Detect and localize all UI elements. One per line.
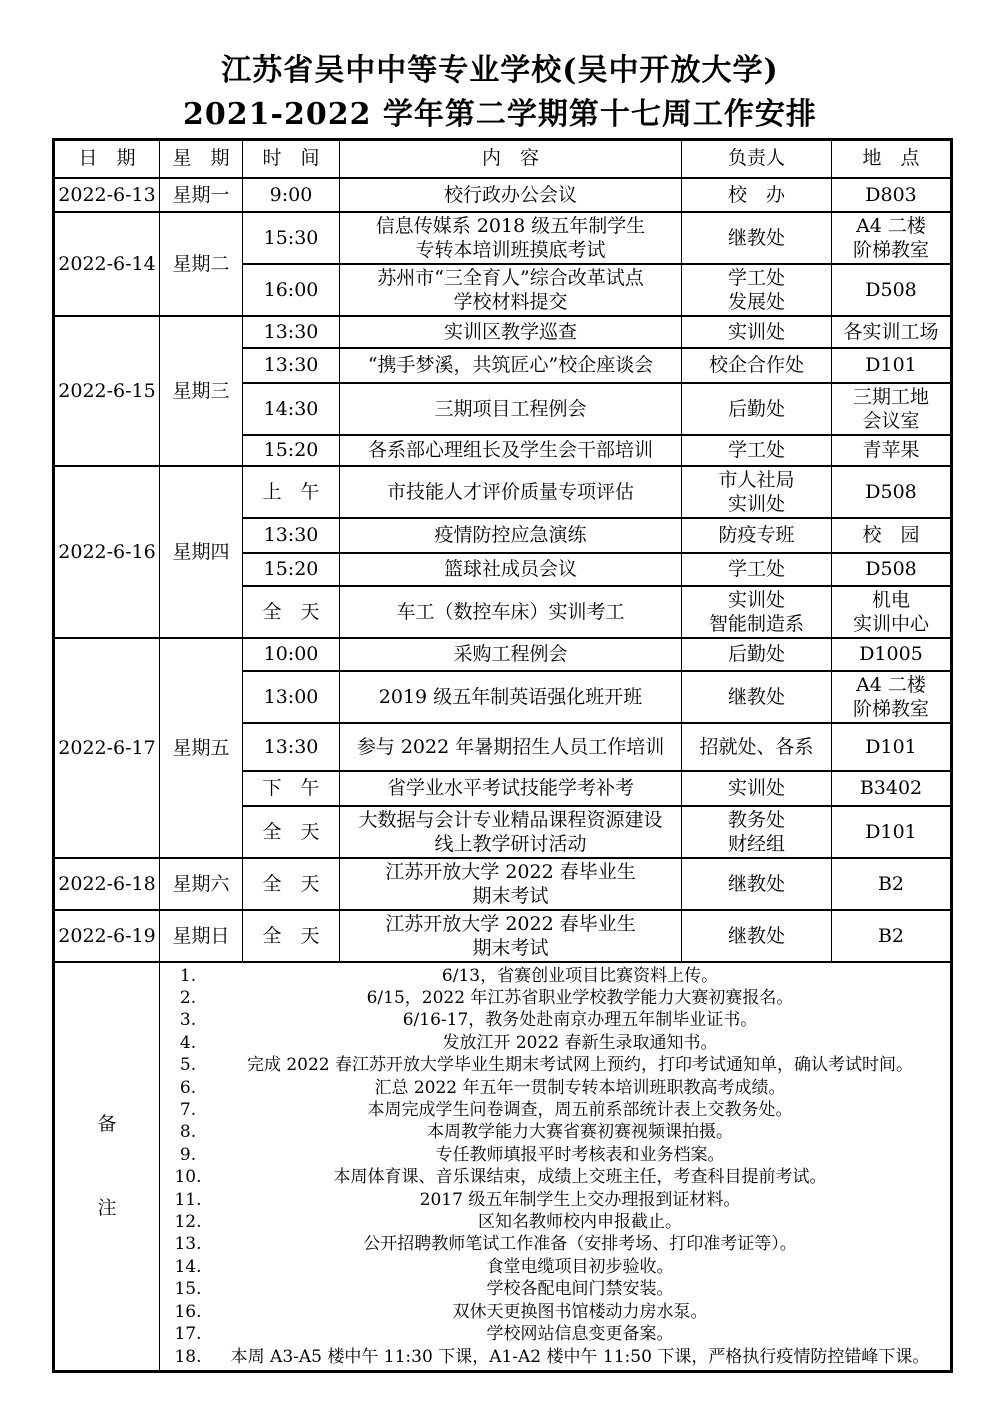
note-item: 17.学校网站信息变更备案。 xyxy=(163,1323,947,1345)
week-cell: 星期六 xyxy=(160,858,243,910)
owner-cell: 校企合作处 xyxy=(682,348,832,383)
owner-cell: 学工处 xyxy=(682,435,832,466)
owner-cell-line: 实训处 xyxy=(685,776,828,800)
table-row: 2022-6-17星期五10:00采购工程例会后勤处D1005 xyxy=(54,638,952,671)
content-cell-line: 期末考试 xyxy=(343,936,678,960)
owner-cell-line: 校 办 xyxy=(685,183,828,207)
note-item: 14.食堂电缆项目初步验收。 xyxy=(163,1256,947,1278)
note-number: 10. xyxy=(163,1166,213,1188)
owner-cell-line: 财经组 xyxy=(685,832,828,856)
content-cell-line: 信息传媒系 2018 级五年制学生 xyxy=(343,214,678,238)
owner-cell: 继教处 xyxy=(682,910,832,962)
table-row: 2022-6-14星期二15:30信息传媒系 2018 级五年制学生专转本培训班… xyxy=(54,212,952,264)
owner-cell-line: 实训处 xyxy=(685,320,828,344)
content-cell-line: 市技能人才评价质量专项评估 xyxy=(343,480,678,504)
time-cell: 全 天 xyxy=(243,806,340,858)
place-cell: D1005 xyxy=(832,638,952,671)
note-number: 14. xyxy=(163,1256,213,1278)
date-cell: 2022-6-16 xyxy=(54,466,160,638)
content-cell-line: 江苏开放大学 2022 春毕业生 xyxy=(343,860,678,884)
owner-cell: 继教处 xyxy=(682,858,832,910)
content-cell-line: 参与 2022 年暑期招生人员工作培训 xyxy=(343,735,678,759)
content-cell: “携手梦溪，共筑匠心”校企座谈会 xyxy=(340,348,682,383)
owner-cell: 学工处 xyxy=(682,553,832,586)
owner-cell: 后勤处 xyxy=(682,383,832,435)
note-text: 6/15，2022 年江苏省职业学校教学能力大赛初赛报名。 xyxy=(213,987,947,1009)
date-cell: 2022-6-13 xyxy=(54,178,160,212)
place-cell-line: D101 xyxy=(835,820,947,844)
owner-cell-line: 教务处 xyxy=(685,808,828,832)
content-cell-line: 2019 级五年制英语强化班开班 xyxy=(343,685,678,709)
content-cell-line: 实训区教学巡查 xyxy=(343,320,678,344)
time-cell-line: 10:00 xyxy=(246,642,336,666)
content-cell: 实训区教学巡查 xyxy=(340,316,682,348)
note-text: 本周完成学生问卷调查，周五前系部统计表上交教务处。 xyxy=(213,1099,947,1121)
table-header-row: 日 期 星 期 时 间 内 容 负责人 地 点 xyxy=(54,140,952,178)
place-cell-line: D101 xyxy=(835,735,947,759)
content-cell-line: 期末考试 xyxy=(343,884,678,908)
note-number: 11. xyxy=(163,1189,213,1211)
time-cell: 15:30 xyxy=(243,212,340,264)
time-cell: 15:20 xyxy=(243,553,340,586)
date-cell: 2022-6-14 xyxy=(54,212,160,316)
place-cell-line: A4 二楼 xyxy=(835,214,947,238)
owner-cell-line: 继教处 xyxy=(685,226,828,250)
time-cell-line: 13:00 xyxy=(246,685,336,709)
note-item: 16.双休天更换图书馆楼动力房水泵。 xyxy=(163,1301,947,1323)
time-cell: 全 天 xyxy=(243,586,340,638)
date-cell: 2022-6-15 xyxy=(54,316,160,466)
place-cell-line: 机电 xyxy=(835,588,947,612)
place-cell-line: A4 二楼 xyxy=(835,673,947,697)
notes-cell: 1.6/13，省赛创业项目比赛资料上传。2.6/15，2022 年江苏省职业学校… xyxy=(160,962,952,1372)
owner-cell: 实训处智能制造系 xyxy=(682,586,832,638)
date-cell-line: 2022-6-13 xyxy=(58,183,156,207)
document-page: 江苏省吴中中等专业学校(吴中开放大学) 2021-2022 学年第二学期第十七周… xyxy=(0,0,1000,1414)
note-number: 3. xyxy=(163,1009,213,1031)
time-cell: 15:20 xyxy=(243,435,340,466)
week-cell-line: 星期五 xyxy=(163,736,239,760)
place-cell: 校 园 xyxy=(832,518,952,553)
content-cell-line: 采购工程例会 xyxy=(343,642,678,666)
content-cell-line: 大数据与会计专业精品课程资源建设 xyxy=(343,808,678,832)
time-cell-line: 全 天 xyxy=(246,600,336,624)
owner-cell: 学工处发展处 xyxy=(682,264,832,316)
owner-cell-line: 继教处 xyxy=(685,685,828,709)
time-cell: 13:30 xyxy=(243,518,340,553)
content-cell: 信息传媒系 2018 级五年制学生专转本培训班摸底考试 xyxy=(340,212,682,264)
notes-label-cell: 备注 xyxy=(54,962,160,1372)
note-text: 食堂电缆项目初步验收。 xyxy=(213,1256,947,1278)
place-cell-line: 阶梯教室 xyxy=(835,238,947,262)
note-item: 8.本周教学能力大赛省赛初赛视频课拍摄。 xyxy=(163,1121,947,1143)
week-cell-line: 星期六 xyxy=(163,872,239,896)
content-cell-line: 疫情防控应急演练 xyxy=(343,523,678,547)
note-item: 11.2017 级五年制学生上交办理报到证材料。 xyxy=(163,1189,947,1211)
note-text: 6/13，省赛创业项目比赛资料上传。 xyxy=(213,965,947,987)
date-cell-line: 2022-6-19 xyxy=(58,924,156,948)
date-cell-line: 2022-6-15 xyxy=(58,379,156,403)
owner-cell-line: 校企合作处 xyxy=(685,353,828,377)
owner-cell-line: 实训处 xyxy=(685,492,828,516)
table-row: 2022-6-15星期三13:30实训区教学巡查实训处各实训工场 xyxy=(54,316,952,348)
place-cell-line: 校 园 xyxy=(835,523,947,547)
week-cell: 星期二 xyxy=(160,212,243,316)
owner-cell-line: 学工处 xyxy=(685,557,828,581)
time-cell: 13:30 xyxy=(243,723,340,771)
content-cell: 大数据与会计专业精品课程资源建设线上教学研讨活动 xyxy=(340,806,682,858)
note-item: 7.本周完成学生问卷调查，周五前系部统计表上交教务处。 xyxy=(163,1099,947,1121)
place-cell: D101 xyxy=(832,723,952,771)
content-cell: 省学业水平考试技能学考补考 xyxy=(340,771,682,806)
time-cell-line: 全 天 xyxy=(246,820,336,844)
note-text: 双休天更换图书馆楼动力房水泵。 xyxy=(213,1301,947,1323)
content-cell-line: 学校材料提交 xyxy=(343,290,678,314)
content-cell-line: 苏州市“三全育人”综合改革试点 xyxy=(343,266,678,290)
owner-cell-line: 发展处 xyxy=(685,290,828,314)
owner-cell-line: 防疫专班 xyxy=(685,523,828,547)
note-number: 13. xyxy=(163,1233,213,1255)
owner-cell: 实训处 xyxy=(682,771,832,806)
content-cell: 2019 级五年制英语强化班开班 xyxy=(340,671,682,723)
place-cell: D803 xyxy=(832,178,952,212)
place-cell-line: B2 xyxy=(835,872,947,896)
owner-cell: 防疫专班 xyxy=(682,518,832,553)
content-cell: 采购工程例会 xyxy=(340,638,682,671)
note-number: 15. xyxy=(163,1278,213,1300)
time-cell-line: 下 午 xyxy=(246,776,336,800)
note-number: 4. xyxy=(163,1032,213,1054)
notes-label-char: 备 xyxy=(97,1112,116,1137)
place-cell: B2 xyxy=(832,858,952,910)
owner-cell-line: 后勤处 xyxy=(685,397,828,421)
place-cell: B2 xyxy=(832,910,952,962)
date-cell: 2022-6-18 xyxy=(54,858,160,910)
place-cell: 各实训工场 xyxy=(832,316,952,348)
note-number: 18. xyxy=(163,1346,213,1368)
place-cell-line: 实训中心 xyxy=(835,612,947,636)
place-cell-line: B2 xyxy=(835,924,947,948)
note-text: 本周 A3-A5 楼中午 11:30 下课，A1-A2 楼中午 11:50 下课… xyxy=(213,1346,947,1368)
owner-cell-line: 学工处 xyxy=(685,438,828,462)
content-cell: 篮球社成员会议 xyxy=(340,553,682,586)
note-item: 4.发放江开 2022 春新生录取通知书。 xyxy=(163,1032,947,1054)
note-item: 18.本周 A3-A5 楼中午 11:30 下课，A1-A2 楼中午 11:50… xyxy=(163,1346,947,1368)
content-cell-line: 线上教学研讨活动 xyxy=(343,832,678,856)
note-number: 5. xyxy=(163,1054,213,1076)
note-text: 汇总 2022 年五年一贯制专转本培训班职教高考成绩。 xyxy=(213,1077,947,1099)
week-cell-line: 星期三 xyxy=(163,379,239,403)
owner-cell: 招就处、各系 xyxy=(682,723,832,771)
notes-list: 1.6/13，省赛创业项目比赛资料上传。2.6/15，2022 年江苏省职业学校… xyxy=(163,965,947,1368)
document-header: 江苏省吴中中等专业学校(吴中开放大学) 2021-2022 学年第二学期第十七周… xyxy=(0,50,1000,138)
time-cell-line: 14:30 xyxy=(246,397,336,421)
note-text: 本周教学能力大赛省赛初赛视频课拍摄。 xyxy=(213,1121,947,1143)
content-cell: 车工（数控车床）实训考工 xyxy=(340,586,682,638)
note-item: 9.专任教师填报平时考核表和业务档案。 xyxy=(163,1144,947,1166)
time-cell-line: 15:20 xyxy=(246,438,336,462)
header-cell-date: 日 期 xyxy=(54,140,160,178)
note-text: 公开招聘教师笔试工作准备（安排考场、打印准考证等）。 xyxy=(213,1233,947,1255)
date-cell-line: 2022-6-14 xyxy=(58,252,156,276)
owner-cell: 校 办 xyxy=(682,178,832,212)
date-cell: 2022-6-17 xyxy=(54,638,160,858)
time-cell-line: 上 午 xyxy=(246,480,336,504)
place-cell: D508 xyxy=(832,553,952,586)
time-cell: 上 午 xyxy=(243,466,340,518)
content-cell-line: 各系部心理组长及学生会干部培训 xyxy=(343,438,678,462)
place-cell: A4 二楼阶梯教室 xyxy=(832,212,952,264)
place-cell: B3402 xyxy=(832,771,952,806)
note-item: 13.公开招聘教师笔试工作准备（安排考场、打印准考证等）。 xyxy=(163,1233,947,1255)
owner-cell: 继教处 xyxy=(682,212,832,264)
owner-cell-line: 继教处 xyxy=(685,924,828,948)
note-number: 9. xyxy=(163,1144,213,1166)
time-cell-line: 全 天 xyxy=(246,872,336,896)
header-cell-content: 内 容 xyxy=(340,140,682,178)
note-item: 3.6/16-17，教务处赴南京办理五年制毕业证书。 xyxy=(163,1009,947,1031)
schedule-table-body: 日 期 星 期 时 间 内 容 负责人 地 点 2022-6-13星期一9:00… xyxy=(54,140,952,1372)
notes-label: 备注 xyxy=(58,1112,156,1221)
owner-cell-line: 后勤处 xyxy=(685,642,828,666)
time-cell-line: 13:30 xyxy=(246,320,336,344)
place-cell: 青苹果 xyxy=(832,435,952,466)
table-row: 2022-6-19星期日全 天江苏开放大学 2022 春毕业生期末考试继教处B2 xyxy=(54,910,952,962)
header-cell-owner: 负责人 xyxy=(682,140,832,178)
place-cell: D101 xyxy=(832,806,952,858)
time-cell-line: 13:30 xyxy=(246,353,336,377)
content-cell-line: 省学业水平考试技能学考补考 xyxy=(343,776,678,800)
note-number: 1. xyxy=(163,965,213,987)
content-cell-line: 篮球社成员会议 xyxy=(343,557,678,581)
note-text: 专任教师填报平时考核表和业务档案。 xyxy=(213,1144,947,1166)
date-cell: 2022-6-19 xyxy=(54,910,160,962)
date-cell-line: 2022-6-16 xyxy=(58,540,156,564)
owner-cell-line: 实训处 xyxy=(685,588,828,612)
week-cell-line: 星期一 xyxy=(163,183,239,207)
place-cell-line: D101 xyxy=(835,353,947,377)
note-text: 6/16-17，教务处赴南京办理五年制毕业证书。 xyxy=(213,1009,947,1031)
owner-cell: 市人社局实训处 xyxy=(682,466,832,518)
week-cell: 星期日 xyxy=(160,910,243,962)
note-item: 5.完成 2022 春江苏开放大学毕业生期末考试网上预约，打印考试通知单，确认考… xyxy=(163,1054,947,1076)
place-cell-line: B3402 xyxy=(835,776,947,800)
schedule-table: 日 期 星 期 时 间 内 容 负责人 地 点 2022-6-13星期一9:00… xyxy=(52,138,953,1373)
place-cell-line: D1005 xyxy=(835,642,947,666)
content-cell: 三期项目工程例会 xyxy=(340,383,682,435)
content-cell-line: 三期项目工程例会 xyxy=(343,397,678,421)
note-number: 8. xyxy=(163,1121,213,1143)
header-cell-time: 时 间 xyxy=(243,140,340,178)
owner-cell-line: 市人社局 xyxy=(685,468,828,492)
content-cell: 江苏开放大学 2022 春毕业生期末考试 xyxy=(340,858,682,910)
note-number: 7. xyxy=(163,1099,213,1121)
content-cell-line: 江苏开放大学 2022 春毕业生 xyxy=(343,912,678,936)
note-text: 区知名教师校内申报截止。 xyxy=(213,1211,947,1233)
content-cell-line: 校行政办公会议 xyxy=(343,183,678,207)
notes-row: 备注1.6/13，省赛创业项目比赛资料上传。2.6/15，2022 年江苏省职业… xyxy=(54,962,952,1372)
time-cell: 13:30 xyxy=(243,316,340,348)
document-title: 江苏省吴中中等专业学校(吴中开放大学) xyxy=(0,50,1000,92)
content-cell: 参与 2022 年暑期招生人员工作培训 xyxy=(340,723,682,771)
note-number: 16. xyxy=(163,1301,213,1323)
table-row: 2022-6-13星期一9:00校行政办公会议校 办D803 xyxy=(54,178,952,212)
notes-label-char: 注 xyxy=(97,1196,116,1221)
note-number: 2. xyxy=(163,987,213,1009)
time-cell-line: 全 天 xyxy=(246,924,336,948)
note-number: 6. xyxy=(163,1077,213,1099)
note-text: 发放江开 2022 春新生录取通知书。 xyxy=(213,1032,947,1054)
week-cell: 星期五 xyxy=(160,638,243,858)
owner-cell-line: 智能制造系 xyxy=(685,612,828,636)
note-text: 2017 级五年制学生上交办理报到证材料。 xyxy=(213,1189,947,1211)
place-cell-line: 会议室 xyxy=(835,409,947,433)
time-cell-line: 15:20 xyxy=(246,557,336,581)
week-cell: 星期四 xyxy=(160,466,243,638)
header-cell-week: 星 期 xyxy=(160,140,243,178)
week-cell: 星期三 xyxy=(160,316,243,466)
note-item: 6.汇总 2022 年五年一贯制专转本培训班职教高考成绩。 xyxy=(163,1077,947,1099)
note-item: 10.本周体育课、音乐课结束，成绩上交班主任，考查科目提前考试。 xyxy=(163,1166,947,1188)
time-cell: 16:00 xyxy=(243,264,340,316)
place-cell-line: D508 xyxy=(835,480,947,504)
place-cell-line: D508 xyxy=(835,557,947,581)
week-cell-line: 星期二 xyxy=(163,252,239,276)
note-text: 完成 2022 春江苏开放大学毕业生期末考试网上预约，打印考试通知单，确认考试时… xyxy=(213,1054,947,1076)
content-cell-line: 专转本培训班摸底考试 xyxy=(343,238,678,262)
time-cell: 下 午 xyxy=(243,771,340,806)
time-cell: 全 天 xyxy=(243,910,340,962)
content-cell: 各系部心理组长及学生会干部培训 xyxy=(340,435,682,466)
place-cell: 三期工地会议室 xyxy=(832,383,952,435)
content-cell: 江苏开放大学 2022 春毕业生期末考试 xyxy=(340,910,682,962)
content-cell: 疫情防控应急演练 xyxy=(340,518,682,553)
date-cell-line: 2022-6-18 xyxy=(58,872,156,896)
time-cell: 13:00 xyxy=(243,671,340,723)
owner-cell: 后勤处 xyxy=(682,638,832,671)
header-cell-place: 地 点 xyxy=(832,140,952,178)
note-item: 15.学校各配电间门禁安装。 xyxy=(163,1278,947,1300)
time-cell: 全 天 xyxy=(243,858,340,910)
content-cell: 市技能人才评价质量专项评估 xyxy=(340,466,682,518)
time-cell: 9:00 xyxy=(243,178,340,212)
week-cell: 星期一 xyxy=(160,178,243,212)
table-row: 2022-6-16星期四上 午市技能人才评价质量专项评估市人社局实训处D508 xyxy=(54,466,952,518)
content-cell: 校行政办公会议 xyxy=(340,178,682,212)
place-cell-line: 阶梯教室 xyxy=(835,697,947,721)
place-cell-line: D508 xyxy=(835,278,947,302)
place-cell-line: 三期工地 xyxy=(835,385,947,409)
time-cell-line: 15:30 xyxy=(246,226,336,250)
content-cell: 苏州市“三全育人”综合改革试点学校材料提交 xyxy=(340,264,682,316)
place-cell: D508 xyxy=(832,264,952,316)
owner-cell-line: 招就处、各系 xyxy=(685,735,828,759)
place-cell: A4 二楼阶梯教室 xyxy=(832,671,952,723)
place-cell: 机电实训中心 xyxy=(832,586,952,638)
place-cell-line: 各实训工场 xyxy=(835,320,947,344)
date-cell-line: 2022-6-17 xyxy=(58,736,156,760)
document-subtitle: 2021-2022 学年第二学期第十七周工作安排 xyxy=(0,92,1000,138)
week-cell-line: 星期日 xyxy=(163,924,239,948)
note-item: 1.6/13，省赛创业项目比赛资料上传。 xyxy=(163,965,947,987)
owner-cell: 继教处 xyxy=(682,671,832,723)
time-cell-line: 16:00 xyxy=(246,278,336,302)
note-number: 17. xyxy=(163,1323,213,1345)
time-cell-line: 9:00 xyxy=(246,183,336,207)
note-text: 本周体育课、音乐课结束，成绩上交班主任，考查科目提前考试。 xyxy=(213,1166,947,1188)
time-cell: 10:00 xyxy=(243,638,340,671)
owner-cell-line: 继教处 xyxy=(685,872,828,896)
place-cell-line: D803 xyxy=(835,183,947,207)
note-number: 12. xyxy=(163,1211,213,1233)
time-cell: 13:30 xyxy=(243,348,340,383)
owner-cell: 教务处财经组 xyxy=(682,806,832,858)
content-cell-line: 车工（数控车床）实训考工 xyxy=(343,600,678,624)
content-cell-line: “携手梦溪，共筑匠心”校企座谈会 xyxy=(343,353,678,377)
time-cell-line: 13:30 xyxy=(246,735,336,759)
note-text: 学校网站信息变更备案。 xyxy=(213,1323,947,1345)
week-cell-line: 星期四 xyxy=(163,540,239,564)
note-text: 学校各配电间门禁安装。 xyxy=(213,1278,947,1300)
time-cell-line: 13:30 xyxy=(246,523,336,547)
owner-cell-line: 学工处 xyxy=(685,266,828,290)
note-item: 2.6/15，2022 年江苏省职业学校教学能力大赛初赛报名。 xyxy=(163,987,947,1009)
time-cell: 14:30 xyxy=(243,383,340,435)
place-cell: D508 xyxy=(832,466,952,518)
table-row: 2022-6-18星期六全 天江苏开放大学 2022 春毕业生期末考试继教处B2 xyxy=(54,858,952,910)
owner-cell: 实训处 xyxy=(682,316,832,348)
place-cell-line: 青苹果 xyxy=(835,438,947,462)
note-item: 12.区知名教师校内申报截止。 xyxy=(163,1211,947,1233)
place-cell: D101 xyxy=(832,348,952,383)
